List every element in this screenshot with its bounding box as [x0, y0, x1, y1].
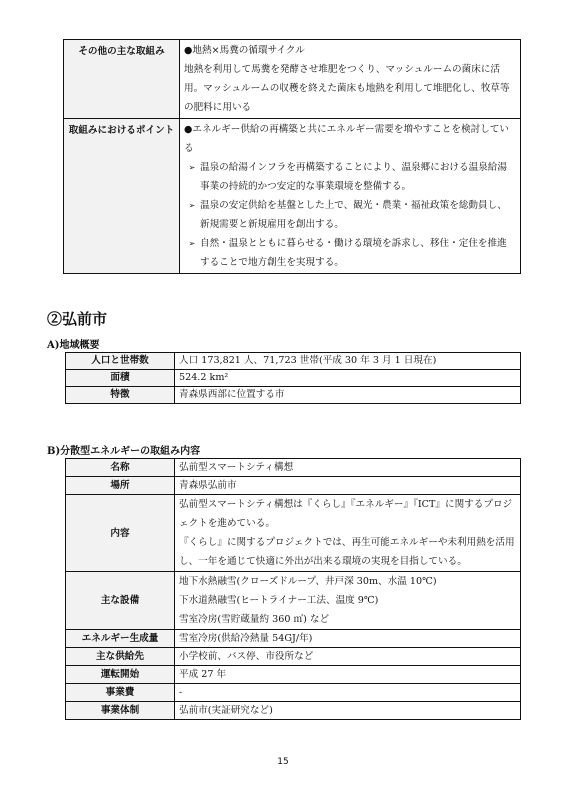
- arrow-bullet-icon: ➢: [184, 234, 200, 272]
- row-label: 運転開始: [66, 666, 175, 684]
- row-label: 特徴: [66, 387, 175, 404]
- row-label: 面積: [66, 370, 175, 387]
- row-value: 小学校前、バス停、市役所など: [175, 648, 521, 666]
- item-title: ●地熱×馬糞の循環サイクル: [184, 41, 516, 60]
- row-value: -: [175, 684, 521, 702]
- table-row: エネルギー生成量雪室冷房(供給冷熱量 54GJ/年): [66, 630, 521, 648]
- subsection-b-heading: B)分散型エネルギーの取組み内容: [47, 442, 200, 457]
- top-table: その他の主な取組み ●地熱×馬糞の循環サイクル 地熱を利用して馬糞を発酵させ堆肥…: [63, 39, 521, 274]
- row-label: 事業体制: [66, 702, 175, 720]
- energy-initiative-table: 名称弘前型スマートシティ構想 場所青森県弘前市 内容弘前型スマートシティ構想は『…: [65, 458, 521, 720]
- row-label: 名称: [66, 459, 175, 477]
- row-value: 平成 27 年: [175, 666, 521, 684]
- row-label: 主な設備: [66, 572, 175, 630]
- item-title: ●エネルギー供給の再構築と共にエネルギー需要を増やすことを検討している: [184, 120, 516, 158]
- row-value: ●地熱×馬糞の循環サイクル 地熱を利用して馬糞を発酵させ堆肥をつくり、マッシュル…: [180, 40, 521, 119]
- row-value: 524.2 km²: [175, 370, 521, 387]
- row-value: 人口 173,821 人、71,723 世帯(平成 30 年 3 月 1 日現在…: [175, 353, 521, 370]
- row-label: 人口と世帯数: [66, 353, 175, 370]
- table-row: 面積524.2 km²: [66, 370, 521, 387]
- table-row: 名称弘前型スマートシティ構想: [66, 459, 521, 477]
- table-row: 主な設備地下水熱融雪(クローズドループ、井戸深 30m、水温 10℃)下水道熱融…: [66, 572, 521, 630]
- section-heading: ②弘前市: [47, 308, 107, 329]
- bullet-item: ➢温泉の安定供給を基盤とした上で、観光・農業・福祉政策を総動員し、新規需要と新規…: [184, 196, 516, 234]
- bullet-item: ➢温泉の給湯インフラを再構築することにより、温泉郷における温泉給湯事業の持続的か…: [184, 158, 516, 196]
- table-row: 人口と世帯数人口 173,821 人、71,723 世帯(平成 30 年 3 月…: [66, 353, 521, 370]
- row-label: エネルギー生成量: [66, 630, 175, 648]
- table-row: 場所青森県弘前市: [66, 477, 521, 495]
- subsection-a-heading: A)地域概要: [47, 336, 100, 351]
- table-row: 事業費-: [66, 684, 521, 702]
- row-value: 弘前型スマートシティ構想: [175, 459, 521, 477]
- row-label: 場所: [66, 477, 175, 495]
- arrow-bullet-icon: ➢: [184, 158, 200, 196]
- row-value: 青森県弘前市: [175, 477, 521, 495]
- bullet-item: ➢自然・温泉とともに暮らせる・働ける環境を訴求し、移住・定住を推進することで地方…: [184, 234, 516, 272]
- table-row: その他の主な取組み ●地熱×馬糞の循環サイクル 地熱を利用して馬糞を発酵させ堆肥…: [64, 40, 521, 119]
- table-row: 事業体制弘前市(実証研究など): [66, 702, 521, 720]
- row-label: 取組みにおけるポイント: [64, 119, 180, 274]
- row-label: 内容: [66, 495, 175, 572]
- row-value: 弘前市(実証研究など): [175, 702, 521, 720]
- table-row: 取組みにおけるポイント ●エネルギー供給の再構築と共にエネルギー需要を増やすこと…: [64, 119, 521, 274]
- table-row: 運転開始平成 27 年: [66, 666, 521, 684]
- table-row: 主な供給先小学校前、バス停、市役所など: [66, 648, 521, 666]
- row-value: 雪室冷房(供給冷熱量 54GJ/年): [175, 630, 521, 648]
- region-overview-table: 人口と世帯数人口 173,821 人、71,723 世帯(平成 30 年 3 月…: [65, 352, 521, 404]
- page-number: 15: [0, 757, 566, 767]
- arrow-bullet-icon: ➢: [184, 196, 200, 234]
- row-value: 青森県西部に位置する市: [175, 387, 521, 404]
- row-label: 主な供給先: [66, 648, 175, 666]
- row-value: ●エネルギー供給の再構築と共にエネルギー需要を増やすことを検討している ➢温泉の…: [180, 119, 521, 274]
- row-value: 弘前型スマートシティ構想は『くらし』『エネルギー』『ICT』に関するプロジェクト…: [175, 495, 521, 572]
- table-row: 特徴青森県西部に位置する市: [66, 387, 521, 404]
- row-label: その他の主な取組み: [64, 40, 180, 119]
- row-label: 事業費: [66, 684, 175, 702]
- item-text: 地熱を利用して馬糞を発酵させ堆肥をつくり、マッシュルームの菌床に活用。マッシュル…: [184, 60, 516, 117]
- table-row: 内容弘前型スマートシティ構想は『くらし』『エネルギー』『ICT』に関するプロジェ…: [66, 495, 521, 572]
- row-value: 地下水熱融雪(クローズドループ、井戸深 30m、水温 10℃)下水道熱融雪(ヒー…: [175, 572, 521, 630]
